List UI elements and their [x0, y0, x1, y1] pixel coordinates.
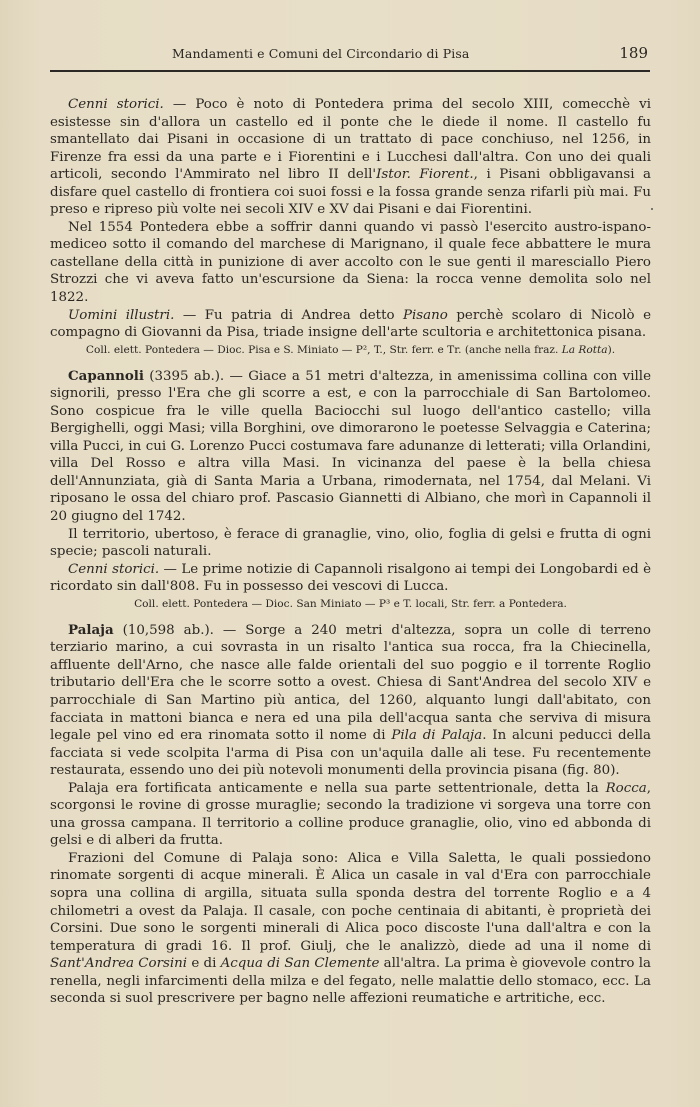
palaja-frazioni: Frazioni del Comune di Palaja sono: Alic… [50, 850, 651, 1008]
capannoli-territorio: Il territorio, ubertoso, è ferace di gra… [50, 526, 651, 561]
capannoli-admin-info: Coll. elett. Pontedera — Dioc. San Minia… [50, 596, 651, 613]
person-name: Pisano [403, 308, 448, 323]
capannoli-intro: Capannoli (3395 ab.). — Giace a 51 metri… [50, 368, 651, 526]
palaja-intro: Palaja (10,598 ab.). — Sorge a 240 metri… [50, 622, 651, 780]
page-header: Mandamenti e Comuni del Circondario di P… [50, 44, 650, 66]
palaja-rocca: Palaja era fortificata anticamente e nel… [50, 780, 651, 850]
book-page: Mandamenti e Comuni del Circondario di P… [0, 0, 700, 1107]
pontedera-uomini-illustri: Uomini illustri. — Fu patria di Andrea d… [50, 307, 651, 342]
header-rule [50, 70, 650, 72]
book-reference: Istor. Fiorent. [376, 167, 474, 182]
running-title: Mandamenti e Comuni del Circondario di P… [172, 46, 469, 61]
section-label: Cenni storici. [68, 97, 164, 112]
page-body: Cenni storici. — Poco è noto di Ponteder… [50, 96, 651, 1008]
pontedera-1554-paragraph: Nel 1554 Pontedera ebbe a soffrir danni … [50, 219, 651, 307]
speck [651, 208, 653, 210]
comune-name: Palaja [68, 622, 114, 638]
pontedera-admin-info: Coll. elett. Pontedera — Dioc. Pisa e S.… [50, 342, 651, 359]
section-label: Cenni storici. [68, 562, 159, 577]
section-label: Uomini illustri. [68, 308, 174, 323]
comune-name: Capannoli [68, 368, 144, 384]
page-number: 189 [619, 44, 648, 62]
pontedera-cenni-storici: Cenni storici. — Poco è noto di Ponteder… [50, 96, 651, 219]
capannoli-cenni-storici: Cenni storici. — Le prime notizie di Cap… [50, 561, 651, 596]
